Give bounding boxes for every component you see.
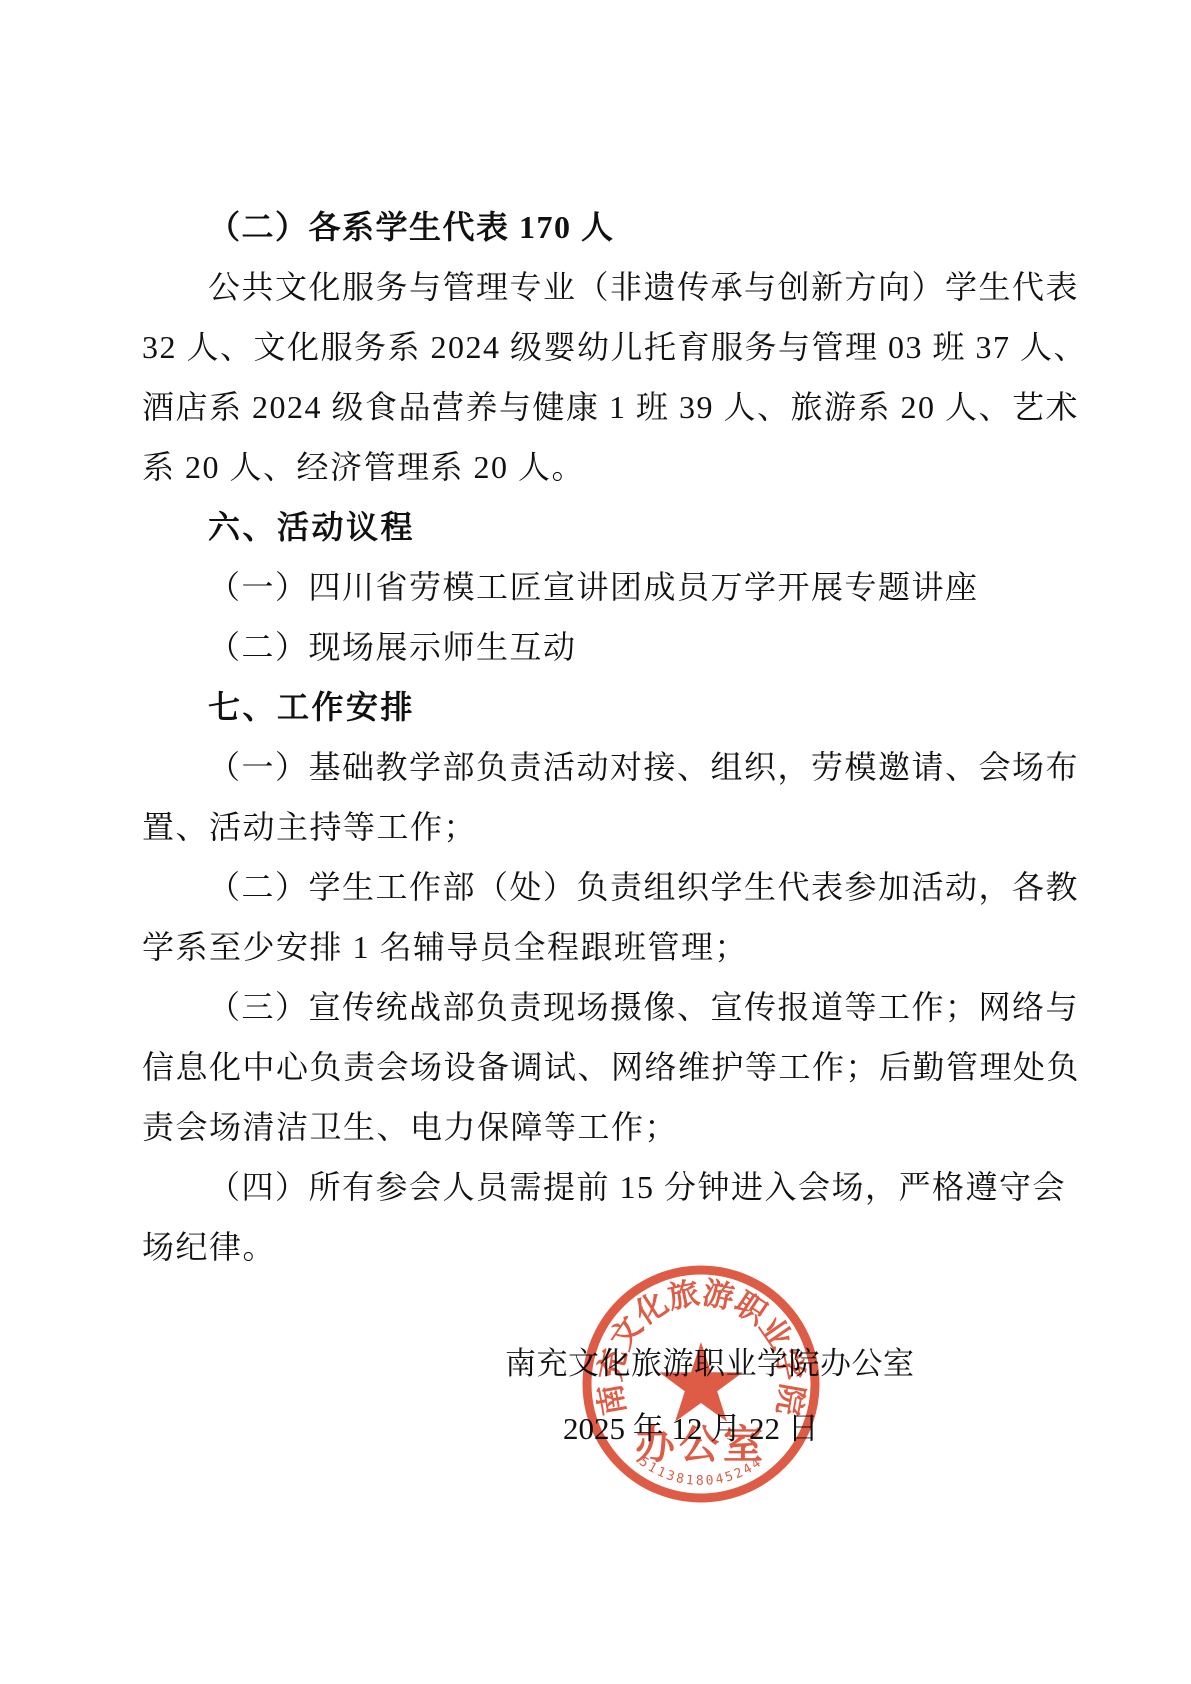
document-line: 七、工作安排	[142, 687, 415, 727]
document-line: （四）所有参会人员需提前 15 分钟进入会场，严格遵守会	[142, 1167, 1066, 1207]
document-page: （二）各系学生代表 170 人公共文化服务与管理专业（非遗传承与创新方向）学生代…	[0, 0, 1191, 1684]
document-line: 系 20 人、经济管理系 20 人。	[142, 447, 585, 487]
document-line: （一）基础教学部负责活动对接、组织，劳模邀请、会场布	[142, 747, 1079, 787]
document-line: 酒店系 2024 级食品营养与健康 1 班 39 人、旅游系 20 人、艺术	[142, 387, 1079, 427]
document-line: （三）宣传统战部负责现场摄像、宣传报道等工作；网络与	[142, 987, 1079, 1027]
signature-line: 南充文化旅游职业学院办公室	[505, 1338, 915, 1383]
official-seal: 南充文化旅游职业学院 办公室 5113818045244	[571, 1254, 831, 1514]
document-line: （二）现场展示师生互动	[142, 627, 577, 667]
seal-ring	[587, 1270, 815, 1498]
document-line: 场纪律。	[142, 1227, 276, 1267]
seal-code-text: 5113818045244	[636, 1454, 766, 1488]
date-line: 2025 年 12 月 22 日	[563, 1403, 819, 1448]
document-line: 责会场清洁卫生、电力保障等工作；	[142, 1107, 678, 1147]
document-line: 公共文化服务与管理专业（非遗传承与创新方向）学生代表	[142, 267, 1079, 307]
document-line: （二）学生工作部（处）负责组织学生代表参加活动，各教	[142, 867, 1079, 907]
document-line: 32 人、文化服务系 2024 级婴幼儿托育服务与管理 03 班 37 人、	[142, 327, 1087, 367]
document-line: 六、活动议程	[142, 507, 415, 547]
document-line: 学系至少安排 1 名辅导员全程跟班管理；	[142, 927, 748, 967]
document-line: 信息化中心负责会场设备调试、网络维护等工作；后勤管理处负	[142, 1047, 1080, 1087]
document-line: （二）各系学生代表 170 人	[142, 207, 615, 247]
document-line: 置、活动主持等工作；	[142, 807, 477, 847]
document-line: （一）四川省劳模工匠宣讲团成员万学开展专题讲座	[142, 567, 979, 607]
